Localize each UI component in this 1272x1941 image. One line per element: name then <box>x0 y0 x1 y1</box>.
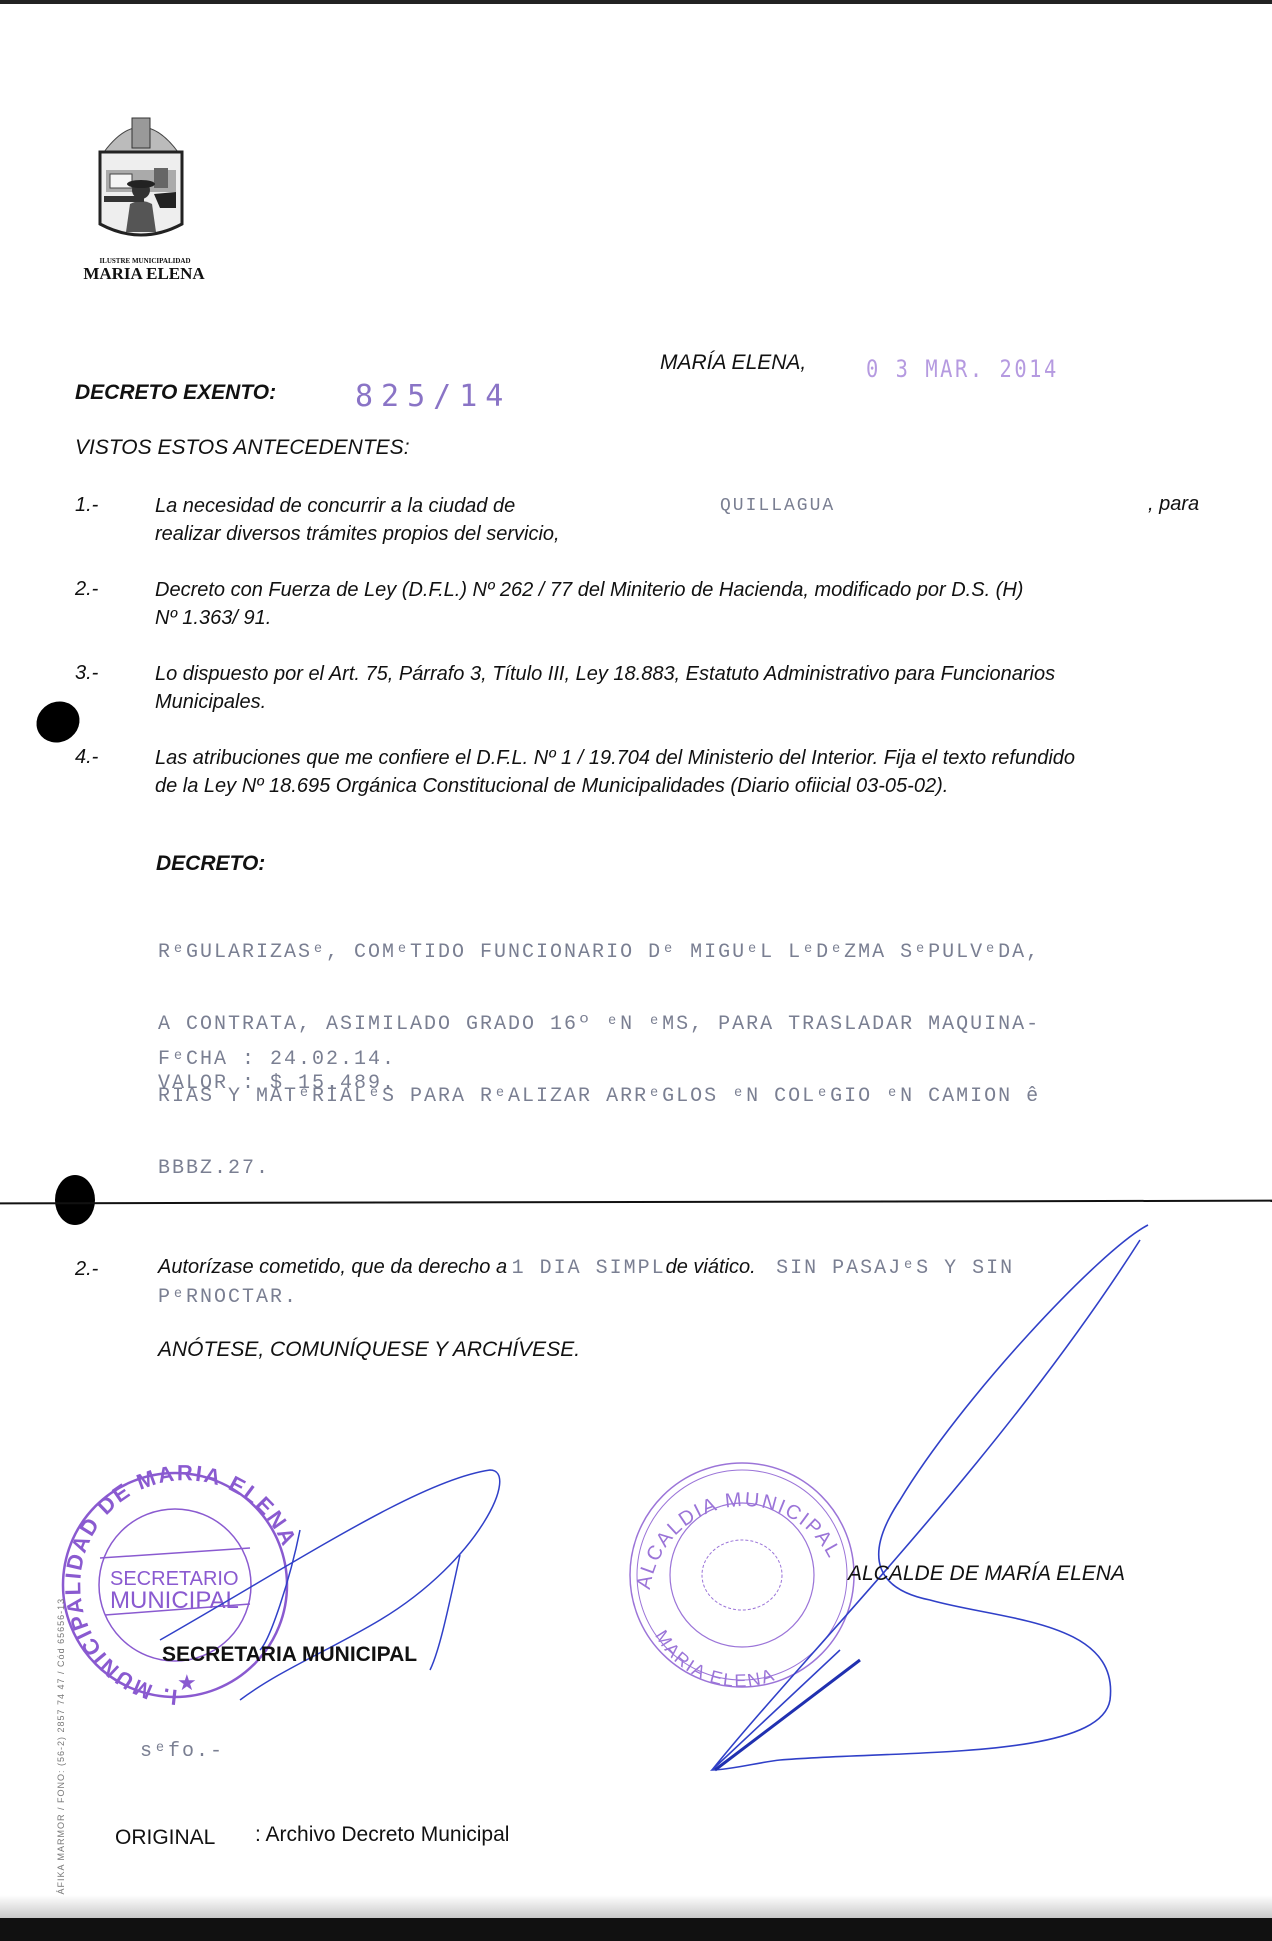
distribution-label: ORIGINAL <box>115 1826 215 1850</box>
vistos-item-1-suffix: , para <box>1148 493 1199 516</box>
date-stamp: 0 3 MAR. 2014 <box>866 355 1059 383</box>
star-icon: ★ <box>177 1670 197 1695</box>
vistos-item-4-line1: Las atribuciones que me confiere el D.F.… <box>155 744 1205 772</box>
place-label: MARÍA ELENA, <box>660 351 806 375</box>
valor-label: VALOR : <box>158 1072 256 1095</box>
closing-formula: ANÓTESE, COMUNÍQUESE Y ARCHÍVESE. <box>158 1338 580 1362</box>
vistos-item-3-line2: Municipales. <box>155 688 1205 716</box>
resolution-number: 2.- <box>75 1258 98 1281</box>
vistos-item-2-line2: Nº 1.363/ 91. <box>155 604 1205 632</box>
vistos-item-2-line1: Decreto con Fuerza de Ley (D.F.L.) Nº 26… <box>155 576 1205 604</box>
svg-text:MARIA ELENA: MARIA ELENA <box>651 1627 778 1691</box>
scan-bottom-border <box>0 1918 1272 1941</box>
printer-note: GRÁFIKA MARMOR / FONO: (56-2) 2857 74 47… <box>56 1598 66 1910</box>
typist-initials: sᵉfo.- <box>140 1740 224 1763</box>
svg-text:I. MUNICIPALIDAD DE MARIA ELEN: I. MUNICIPALIDAD DE MARIA ELENA <box>60 1460 302 1710</box>
scan-top-border <box>0 0 1272 4</box>
decree-number: 825/14 <box>355 379 511 414</box>
mayor-stamp-bottom-text: MARIA ELENA <box>651 1627 778 1691</box>
vistos-heading: VISTOS ESTOS ANTECEDENTES: <box>75 436 410 460</box>
logo-title: MARIA ELENA <box>74 264 214 284</box>
vistos-item-3-line1: Lo dispuesto por el Art. 75, Párrafo 3, … <box>155 660 1205 688</box>
resolution-text: Autorízase cometido, que da derecho a <box>158 1256 507 1278</box>
decreto-line: BBBZ.27. <box>158 1157 1040 1181</box>
decreto-heading: DECRETO: <box>156 852 265 876</box>
secretary-stamp-center-2: MUNICIPAL <box>110 1587 239 1614</box>
vistos-item-1-line2: realizar diversos trámites propios del s… <box>155 520 1205 548</box>
vistos-item-1-number: 1.- <box>75 494 98 517</box>
destination-city: QUILLAGUA <box>720 496 835 516</box>
fecha-label: FᵉCHA : <box>158 1048 256 1071</box>
resolution-conditions: SIN PASAJᵉS Y SIN <box>776 1257 1014 1280</box>
mayor-stamp-top-text: ALCALDIA MUNICIPAL <box>633 1489 845 1591</box>
decreto-details: FᵉCHA : 24.02.14. VALOR : $ 15.489. <box>158 1048 396 1096</box>
punch-hole-mark <box>29 694 87 751</box>
resolution-line1: Autorízase cometido, que da derecho a 1 … <box>158 1256 1014 1280</box>
mayor-signature <box>712 1225 1148 1770</box>
secretary-title: SECRETARIA MUNICIPAL <box>162 1643 417 1667</box>
secretary-stamp-ring-text: I. MUNICIPALIDAD DE MARIA ELENA <box>60 1460 302 1710</box>
scan-bottom-shade <box>0 1895 1272 1918</box>
mayor-stamp: ALCALDIA MUNICIPAL MARIA ELENA <box>630 1463 854 1691</box>
resolution-text-b: de viático. <box>666 1256 756 1278</box>
mayor-title: ALCALDE DE MARÍA ELENA <box>848 1562 1125 1586</box>
svg-text:ALCALDIA MUNICIPAL: ALCALDIA MUNICIPAL <box>633 1489 845 1591</box>
fecha-value: 24.02.14. <box>270 1048 396 1071</box>
secretary-stamp: I. MUNICIPALIDAD DE MARIA ELENA SECRETAR… <box>60 1460 302 1710</box>
vistos-item-4-number: 4.- <box>75 746 98 769</box>
vistos-item-1-text: La necesidad de concurrir a la ciudad de <box>155 495 515 517</box>
viatico-days: 1 DIA SIMPL <box>512 1257 666 1280</box>
decreto-line: RᵉGULARIZASᵉ, COMᵉTIDO FUNCIONARIO Dᵉ MI… <box>158 941 1040 965</box>
resolution-conditions-cont: PᵉRNOCTAR. <box>158 1286 298 1309</box>
valor-value: $ 15.489. <box>270 1072 396 1095</box>
secretary-stamp-center-1: SECRETARIO <box>110 1568 239 1590</box>
vistos-item-3-number: 3.- <box>75 662 98 685</box>
vistos-item-1: La necesidad de concurrir a la ciudad de <box>155 492 1205 520</box>
punch-hole-mark <box>55 1175 95 1225</box>
vistos-item-2-number: 2.- <box>75 578 98 601</box>
municipal-coat-of-arms-icon <box>94 112 188 242</box>
decreto-line: A CONTRATA, ASIMILADO GRADO 16º ᵉN ᵉMS, … <box>158 1013 1040 1037</box>
distribution-value: : Archivo Decreto Municipal <box>255 1823 509 1847</box>
decree-label: DECRETO EXENTO: <box>75 381 276 405</box>
vistos-item-4-line2: de la Ley Nº 18.695 Orgánica Constitucio… <box>155 772 1205 800</box>
